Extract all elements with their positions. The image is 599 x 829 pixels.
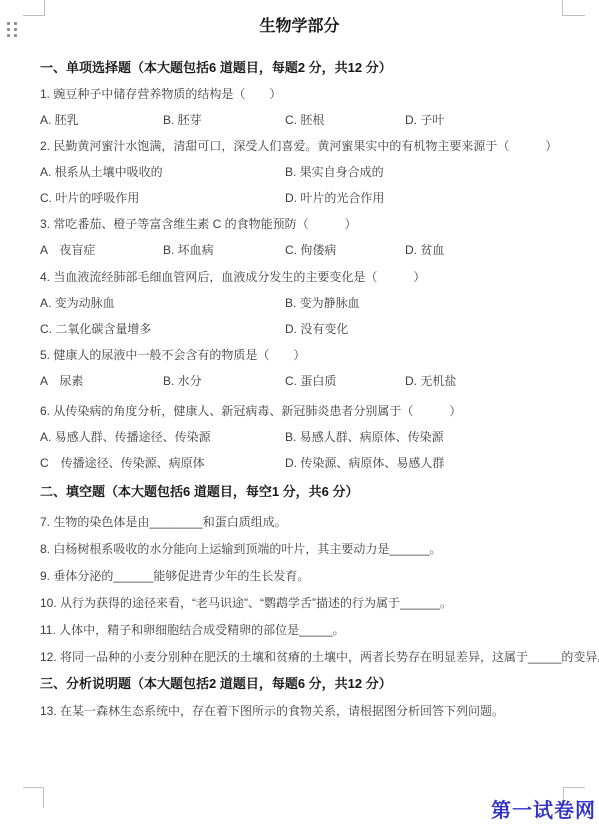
question-11-stem: 11. 人体中，精子和卵细胞结合成受精卵的部位是_____。 (40, 617, 579, 643)
section-3-heading: 三、分析说明题（本大题包括2 道题目，每题6 分，共12 分） (40, 671, 579, 697)
option-a: A. 胚乳 (40, 107, 163, 133)
document-content: 一、单项选择题（本大题包括6 道题目，每题2 分，共12 分） 1. 豌豆种子中… (0, 55, 599, 724)
question-2-stem: 2. 民勤黄河蜜汁水饱满，清甜可口，深受人们喜爱。黄河蜜果实中的有机物主要来源于… (40, 133, 579, 159)
text-boundary-mark-bottom-left (23, 787, 44, 808)
question-4-options-row-2: C. 二氧化碳含量增多 D. 没有变化 (40, 316, 579, 342)
question-12-stem: 12. 将同一品种的小麦分别种在肥沃的土壤和贫瘠的土壤中，两者长势存在明显差异，… (40, 644, 579, 670)
option-b: B. 易感人群、病原体、传染源 (285, 424, 579, 450)
question-3-stem: 3. 常吃番茄、橙子等富含维生素 C 的食物能预防（ ） (40, 211, 579, 237)
question-2-options-row-2: C. 叶片的呼吸作用 D. 叶片的光合作用 (40, 185, 579, 211)
option-c: C. 蛋白质 (285, 368, 405, 394)
option-b: B. 水分 (163, 368, 285, 394)
option-b: B. 坏血病 (163, 237, 285, 263)
option-b: B. 果实自身合成的 (285, 159, 579, 185)
question-2-options-row-1: A. 根系从土壤中吸收的 B. 果实自身合成的 (40, 159, 579, 185)
option-d: D. 叶片的光合作用 (285, 185, 579, 211)
option-d: D. 子叶 (405, 107, 579, 133)
question-6-options-row-1: A. 易感人群、传播途径、传染源 B. 易感人群、病原体、传染源 (40, 424, 579, 450)
question-5-stem: 5. 健康人的尿液中一般不会含有的物质是（ ） (40, 342, 579, 368)
option-a: A. 根系从土壤中吸收的 (40, 159, 285, 185)
option-b: B. 胚芽 (163, 107, 285, 133)
question-8-stem: 8. 白杨树根系吸收的水分能向上运输到顶端的叶片，其主要动力是______。 (40, 536, 579, 562)
option-c: C. 叶片的呼吸作用 (40, 185, 285, 211)
question-3-options: A 夜盲症 B. 坏血病 C. 佝偻病 D. 贫血 (40, 237, 579, 263)
question-6-options-row-2: C 传播途径、传染源、病原体 D. 传染源、病原体、易感人群 (40, 450, 579, 476)
option-d: D. 贫血 (405, 237, 579, 263)
text-boundary-mark-top-right (562, 0, 585, 16)
drag-handle-icon[interactable] (7, 22, 18, 38)
option-c: C 传播途径、传染源、病原体 (40, 450, 285, 476)
question-13-stem: 13. 在某一森林生态系统中，存在着下图所示的食物关系，请根据图分析回答下列问题… (40, 698, 579, 724)
option-a: A. 变为动脉血 (40, 290, 285, 316)
page-title: 生物学部分 (0, 14, 599, 40)
option-a: A 夜盲症 (40, 237, 163, 263)
watermark: 第一试卷网 (491, 794, 596, 823)
section-1-heading: 一、单项选择题（本大题包括6 道题目，每题2 分，共12 分） (40, 55, 579, 81)
option-c: C. 二氧化碳含量增多 (40, 316, 285, 342)
option-a: A. 易感人群、传播途径、传染源 (40, 424, 285, 450)
question-1-options: A. 胚乳 B. 胚芽 C. 胚根 D. 子叶 (40, 107, 579, 133)
section-2-heading: 二、填空题（本大题包括6 道题目，每空1 分，共6 分） (40, 479, 579, 505)
text-boundary-mark-top-left (23, 0, 45, 16)
question-5-options: A 尿素 B. 水分 C. 蛋白质 D. 无机盐 (40, 368, 579, 394)
question-7-stem: 7. 生物的染色体是由________和蛋白质组成。 (40, 509, 579, 535)
question-6-stem: 6. 从传染病的角度分析，健康人、新冠病毒、新冠肺炎患者分别属于（ ） (40, 398, 579, 424)
question-4-options-row-1: A. 变为动脉血 B. 变为静脉血 (40, 290, 579, 316)
question-9-stem: 9. 垂体分泌的______能够促进青少年的生长发育。 (40, 563, 579, 589)
question-4-stem: 4. 当血液流经肺部毛细血管网后，血液成分发生的主要变化是（ ） (40, 264, 579, 290)
question-1-stem: 1. 豌豆种子中储存营养物质的结构是（ ） (40, 81, 579, 107)
question-10-stem: 10. 从行为获得的途径来看，“老马识途”、“鹦鹉学舌”描述的行为属于_____… (40, 590, 579, 616)
option-b: B. 变为静脉血 (285, 290, 579, 316)
option-a: A 尿素 (40, 368, 163, 394)
option-d: D. 无机盐 (405, 368, 579, 394)
option-c: C. 胚根 (285, 107, 405, 133)
option-d: D. 没有变化 (285, 316, 579, 342)
option-c: C. 佝偻病 (285, 237, 405, 263)
option-d: D. 传染源、病原体、易感人群 (285, 450, 579, 476)
document-page: 生物学部分 一、单项选择题（本大题包括6 道题目，每题2 分，共12 分） 1.… (0, 0, 599, 829)
